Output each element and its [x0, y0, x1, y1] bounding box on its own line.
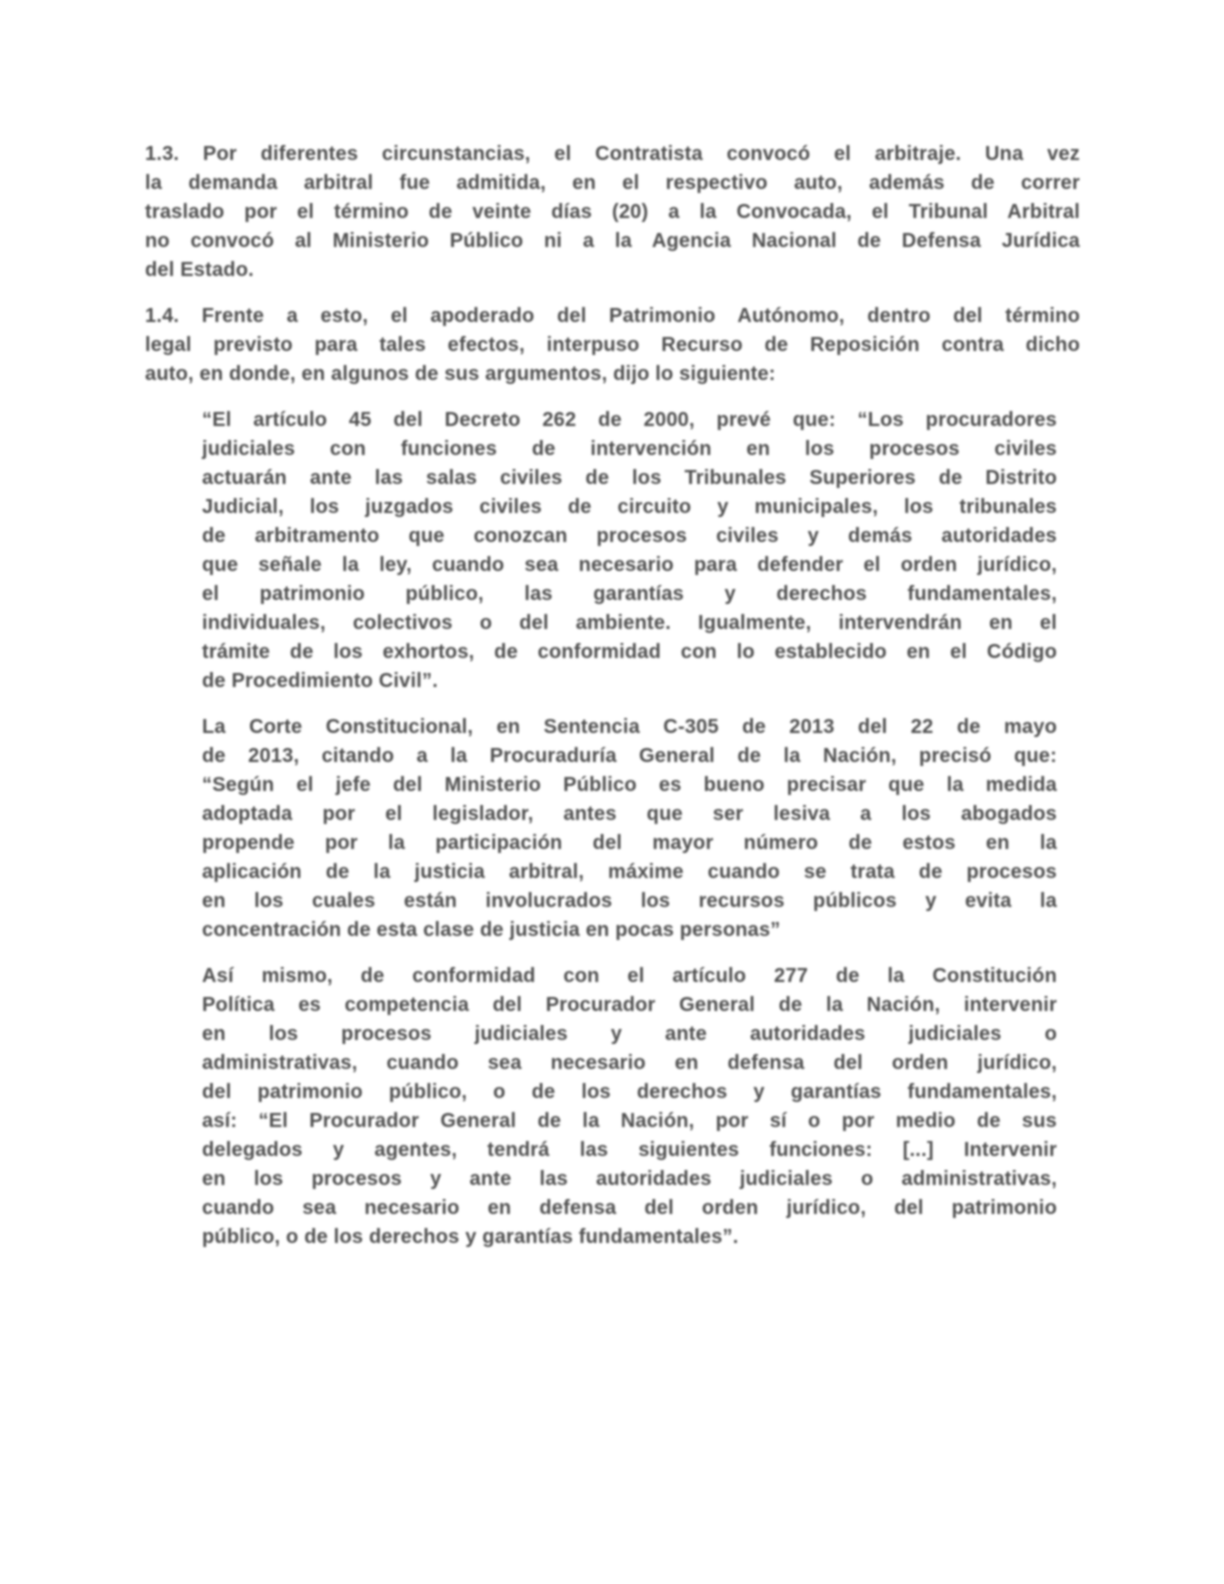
text-line: adoptada por el legislador, antes que se… [202, 800, 1057, 829]
text-line: el patrimonio público, las garantías y d… [202, 580, 1057, 609]
quote-articulo-277: Así mismo, de conformidad con el artícul… [202, 962, 1057, 1252]
text-line: Así mismo, de conformidad con el artícul… [202, 962, 1057, 991]
text-line: individuales, colectivos o del ambiente.… [202, 609, 1057, 638]
text-line: que señale la ley, cuando sea necesario … [202, 551, 1057, 580]
text-line: concentración de esta clase de justicia … [202, 916, 1057, 945]
text-line: La Corte Constitucional, en Sentencia C-… [202, 713, 1057, 742]
text-line: judiciales con funciones de intervención… [202, 435, 1057, 464]
text-line: del patrimonio público, o de los derecho… [202, 1078, 1057, 1107]
document-page: 1.3. Por diferentes circunstancias, el C… [0, 0, 1224, 1584]
text-line: Política es competencia del Procurador G… [202, 991, 1057, 1020]
text-line: de 2013, citando a la Procuraduría Gener… [202, 742, 1057, 771]
text-line: en los procesos y ante las autoridades j… [202, 1165, 1057, 1194]
text-line: legal previsto para tales efectos, inter… [145, 331, 1080, 360]
text-line: del Estado. [145, 256, 1080, 285]
quote-decreto-262: “El artículo 45 del Decreto 262 de 2000,… [202, 406, 1057, 696]
text-line: trámite de los exhortos, de conformidad … [202, 638, 1057, 667]
document-content: 1.3. Por diferentes circunstancias, el C… [145, 140, 1080, 1269]
text-line: en los cuales están involucrados los rec… [202, 887, 1057, 916]
quote-sentencia-c305: La Corte Constitucional, en Sentencia C-… [202, 713, 1057, 945]
text-line: Judicial, los juzgados civiles de circui… [202, 493, 1057, 522]
text-line: público, o de los derechos y garantías f… [202, 1223, 1057, 1252]
text-line: la demanda arbitral fue admitida, en el … [145, 169, 1080, 198]
text-line: traslado por el término de veinte días (… [145, 198, 1080, 227]
text-line: auto, en donde, en algunos de sus argume… [145, 360, 1080, 389]
text-line: de Procedimiento Civil”. [202, 667, 1057, 696]
text-line: de arbitramento que conozcan procesos ci… [202, 522, 1057, 551]
text-line: propende por la participación del mayor … [202, 829, 1057, 858]
text-line: 1.3. Por diferentes circunstancias, el C… [145, 140, 1080, 169]
text-line: 1.4. Frente a esto, el apoderado del Pat… [145, 302, 1080, 331]
text-line: “El artículo 45 del Decreto 262 de 2000,… [202, 406, 1057, 435]
text-line: en los procesos judiciales y ante autori… [202, 1020, 1057, 1049]
text-line: delegados y agentes, tendrá las siguient… [202, 1136, 1057, 1165]
paragraph-1-4: 1.4. Frente a esto, el apoderado del Pat… [145, 302, 1080, 389]
text-line: actuarán ante las salas civiles de los T… [202, 464, 1057, 493]
text-line: aplicación de la justicia arbitral, máxi… [202, 858, 1057, 887]
paragraph-1-3: 1.3. Por diferentes circunstancias, el C… [145, 140, 1080, 285]
text-line: “Según el jefe del Ministerio Público es… [202, 771, 1057, 800]
text-line: así: “El Procurador General de la Nación… [202, 1107, 1057, 1136]
text-line: administrativas, cuando sea necesario en… [202, 1049, 1057, 1078]
text-line: cuando sea necesario en defensa del orde… [202, 1194, 1057, 1223]
text-line: no convocó al Ministerio Público ni a la… [145, 227, 1080, 256]
